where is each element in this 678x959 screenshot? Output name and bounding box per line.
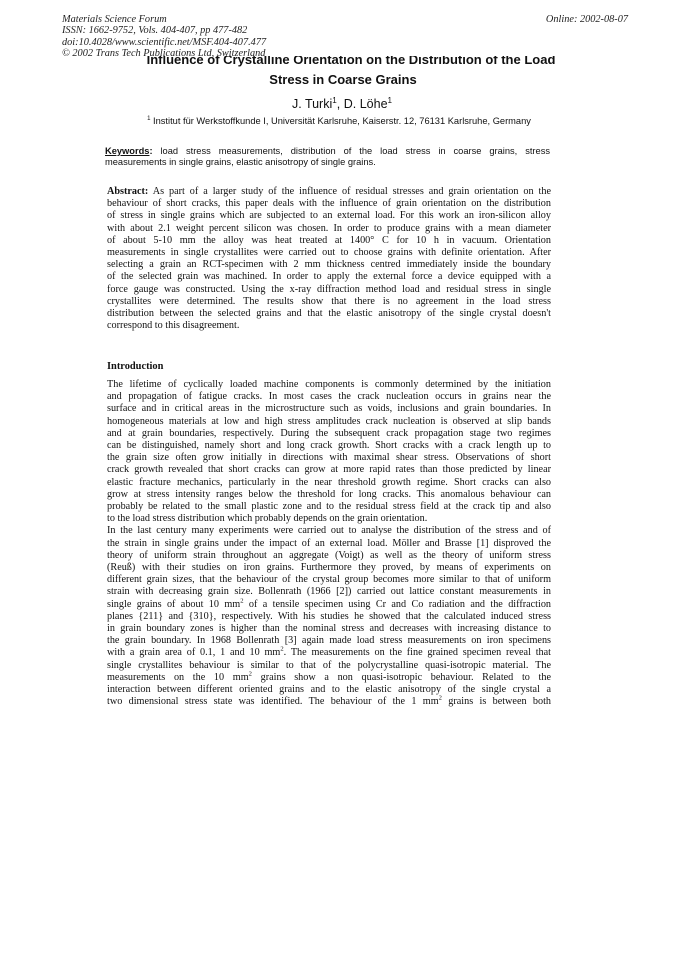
journal-header: Materials Science Forum ISSN: 1662-9752,… — [62, 14, 266, 59]
section-heading-introduction: Introduction — [107, 361, 163, 373]
intro-text-fragment: of a tensile specimen using Cr and Co ra… — [244, 599, 551, 610]
intro-text-fragment: measurements on the 10 mm — [107, 672, 249, 683]
intro-text-fragment: two dimensional stress state was identif… — [107, 696, 439, 707]
affiliation-text: Institut für Werkstoffkunde I, Universit… — [150, 116, 530, 126]
keywords-text: load stress measurements, distribution o… — [153, 146, 550, 156]
intro-text: surface and in critical areas in the mic… — [107, 403, 551, 415]
intro-text: to the load stress distribution which pr… — [107, 513, 551, 525]
intro-text: measurements on the 10 mm2 grains show a… — [107, 672, 551, 684]
issn-line: ISSN: 1662-9752, Vols. 404-407, pp 477-4… — [62, 25, 266, 36]
intro-text-fragment: grains is between both — [442, 696, 551, 707]
introduction-section: The lifetime of cyclically loaded machin… — [107, 379, 551, 708]
intro-text: the grain boundary. In 1968 Bollenrath [… — [107, 635, 551, 647]
intro-text: strain with decreasing grain size. Bolle… — [107, 586, 551, 598]
author-affil-mark: 1 — [388, 96, 393, 105]
author-name: J. Turki — [292, 97, 332, 111]
keywords-label: Keywords — [105, 146, 149, 156]
intro-text: homogeneous materials at low and high st… — [107, 416, 551, 428]
author-name: D. Löhe — [344, 97, 388, 111]
paper-title-line-1-text: Influence of Crystalline Orientation on … — [147, 56, 556, 67]
intro-text: planes {211} and {310}, respectively. Wi… — [107, 611, 551, 623]
intro-text: with a grain area of 0.1, 1 and 10 mm2. … — [107, 647, 551, 659]
intro-text: and propagation of fatigue cracks. In mo… — [107, 391, 551, 403]
affiliation: 1 Institut für Werkstoffkunde I, Univers… — [0, 115, 678, 127]
abstract-text: of stress in single grains which are sub… — [107, 210, 551, 222]
intro-text: theory of uniform strain throughout an a… — [107, 550, 551, 562]
online-date: Online: 2002-08-07 — [546, 14, 628, 25]
doi-line: doi:10.4028/www.scientific.net/MSF.404-4… — [62, 37, 266, 48]
intro-text: single crystallites behaviour is similar… — [107, 660, 551, 672]
journal-name: Materials Science Forum — [62, 14, 266, 25]
abstract-text: distribution between the selected grains… — [107, 308, 551, 320]
keywords-text: measurements in single grains, elastic a… — [105, 157, 550, 168]
abstract-text: force gauge was constructed. Using the x… — [107, 284, 551, 296]
abstract-text: of about 5-10 mm the alloy was heat trea… — [107, 235, 551, 247]
intro-text: (Reuß) with their studies on iron grains… — [107, 562, 551, 574]
abstract-text: measurements in single crystallites were… — [107, 247, 551, 259]
abstract-text: of the selected grain was machined. In o… — [107, 271, 551, 283]
intro-text-fragment: with a grain area of 0.1, 1 and 10 mm — [107, 647, 280, 658]
intro-text: the grain size often grow initially in d… — [107, 452, 551, 464]
intro-text-fragment: grains show a non quasi-isotropic behavi… — [252, 672, 551, 683]
keywords-section: Keywords: load stress measurements, dist… — [105, 146, 550, 169]
paper-title-line-2: Stress in Coarse Grains — [4, 72, 678, 88]
abstract-section: Abstract: As part of a larger study of t… — [107, 186, 551, 332]
paper-title-line-1: Influence of Crystalline Orientation on … — [12, 56, 678, 67]
intro-text: can be distinguished, namely short and l… — [107, 440, 551, 452]
abstract-text: behaviour of short cracks, this paper de… — [107, 198, 551, 210]
intro-text: elastic fracture mechanics, particularly… — [107, 477, 551, 489]
author-list: J. Turki1, D. Löhe1 — [0, 96, 678, 112]
abstract-text: selecting a grain an RCT-specimen with 2… — [107, 259, 551, 271]
intro-text: and at grain boundaries, respectively. D… — [107, 428, 551, 440]
intro-text: crack growth revealed that short cracks … — [107, 464, 551, 476]
intro-text: The lifetime of cyclically loaded machin… — [107, 379, 551, 391]
intro-text: in grain boundary zones is higher than t… — [107, 623, 551, 635]
abstract-text: crystallites were determined. The result… — [107, 296, 551, 308]
intro-text-fragment: . The measurements on the fine grained s… — [284, 647, 551, 658]
intro-text-fragment: single grains of about 10 mm — [107, 599, 240, 610]
intro-text: grow at stress intensity ranges below th… — [107, 489, 551, 501]
intro-text: probably be related to the small plastic… — [107, 501, 551, 513]
intro-text: interaction between different oriented g… — [107, 684, 551, 696]
abstract-text: correspond to this disagreement. — [107, 320, 551, 332]
abstract-text: with about 2.1 weight percent silicon wa… — [107, 223, 551, 235]
abstract-text: As part of a larger study of the influen… — [148, 186, 551, 197]
intro-text: the strain in single grains under the im… — [107, 538, 551, 550]
intro-text: different grain sizes, that the behaviou… — [107, 574, 551, 586]
abstract-label: Abstract: — [107, 186, 148, 197]
intro-text: In the last century many experiments wer… — [107, 525, 551, 537]
author-separator: , — [337, 97, 344, 111]
intro-text: single grains of about 10 mm2 of a tensi… — [107, 599, 551, 611]
intro-text: two dimensional stress state was identif… — [107, 696, 551, 708]
